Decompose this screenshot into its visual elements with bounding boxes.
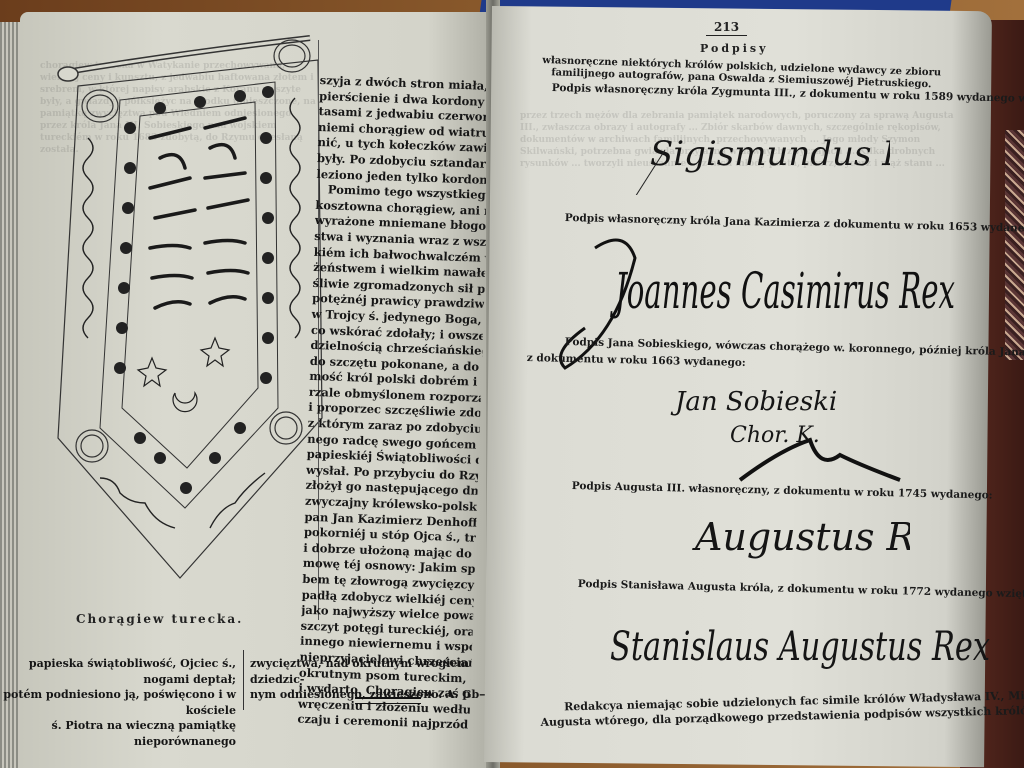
- signature-augustus-icon: Augustus Rex: [690, 500, 910, 570]
- bottom-left-paragraph: papieska świątobliwość, Ojciec ś., nogam…: [0, 656, 236, 749]
- signature-text: Augustus Rex: [692, 515, 910, 559]
- signature-text: Sigismundus Rex: [650, 134, 890, 174]
- column-separator: [243, 650, 244, 710]
- text-line: potém podniesiono ją, poświęcono i w koś…: [0, 687, 236, 718]
- page-number: 213: [706, 20, 747, 36]
- signature-text: Stanislaus Augustus Rex: [610, 624, 990, 670]
- double-rule-divider: [355, 697, 421, 704]
- signature-sobieski-icon: Jan Sobieski Chor. K.: [670, 370, 910, 490]
- section-title: Podpisy: [700, 42, 768, 55]
- turkish-banner-illustration: [40, 28, 330, 588]
- text-line: ś. Piotra na wieczną pamiątkę nieporówna…: [0, 718, 236, 749]
- banner-engraving-icon: [40, 28, 330, 588]
- signature-sigismundus-icon: Sigismundus Rex: [610, 105, 890, 195]
- illustration-caption: Chorągiew turecka.: [76, 612, 243, 626]
- bottom-mid-paragraph: zwycięztwa, nad okrutnym wrogiem dziedzi…: [250, 656, 512, 703]
- text-line: papieska świątobliwość, Ojciec ś., nogam…: [0, 656, 236, 687]
- left-text-column: szyja z dwóch stron miała, dwapierścieni…: [297, 73, 492, 734]
- signature-text: Jan Sobieski: [670, 387, 837, 417]
- text-line: zwycięztwa, nad okrutnym wrogiem dziedzi…: [250, 656, 512, 687]
- signature-text: Joannes Casimirus Rex: [610, 262, 955, 320]
- signature-text-line2: Chor. K.: [730, 423, 820, 448]
- marbled-edge: [1005, 130, 1024, 360]
- signature-stanislaus-augustus-icon: Stanislaus Augustus Rex: [600, 595, 1020, 685]
